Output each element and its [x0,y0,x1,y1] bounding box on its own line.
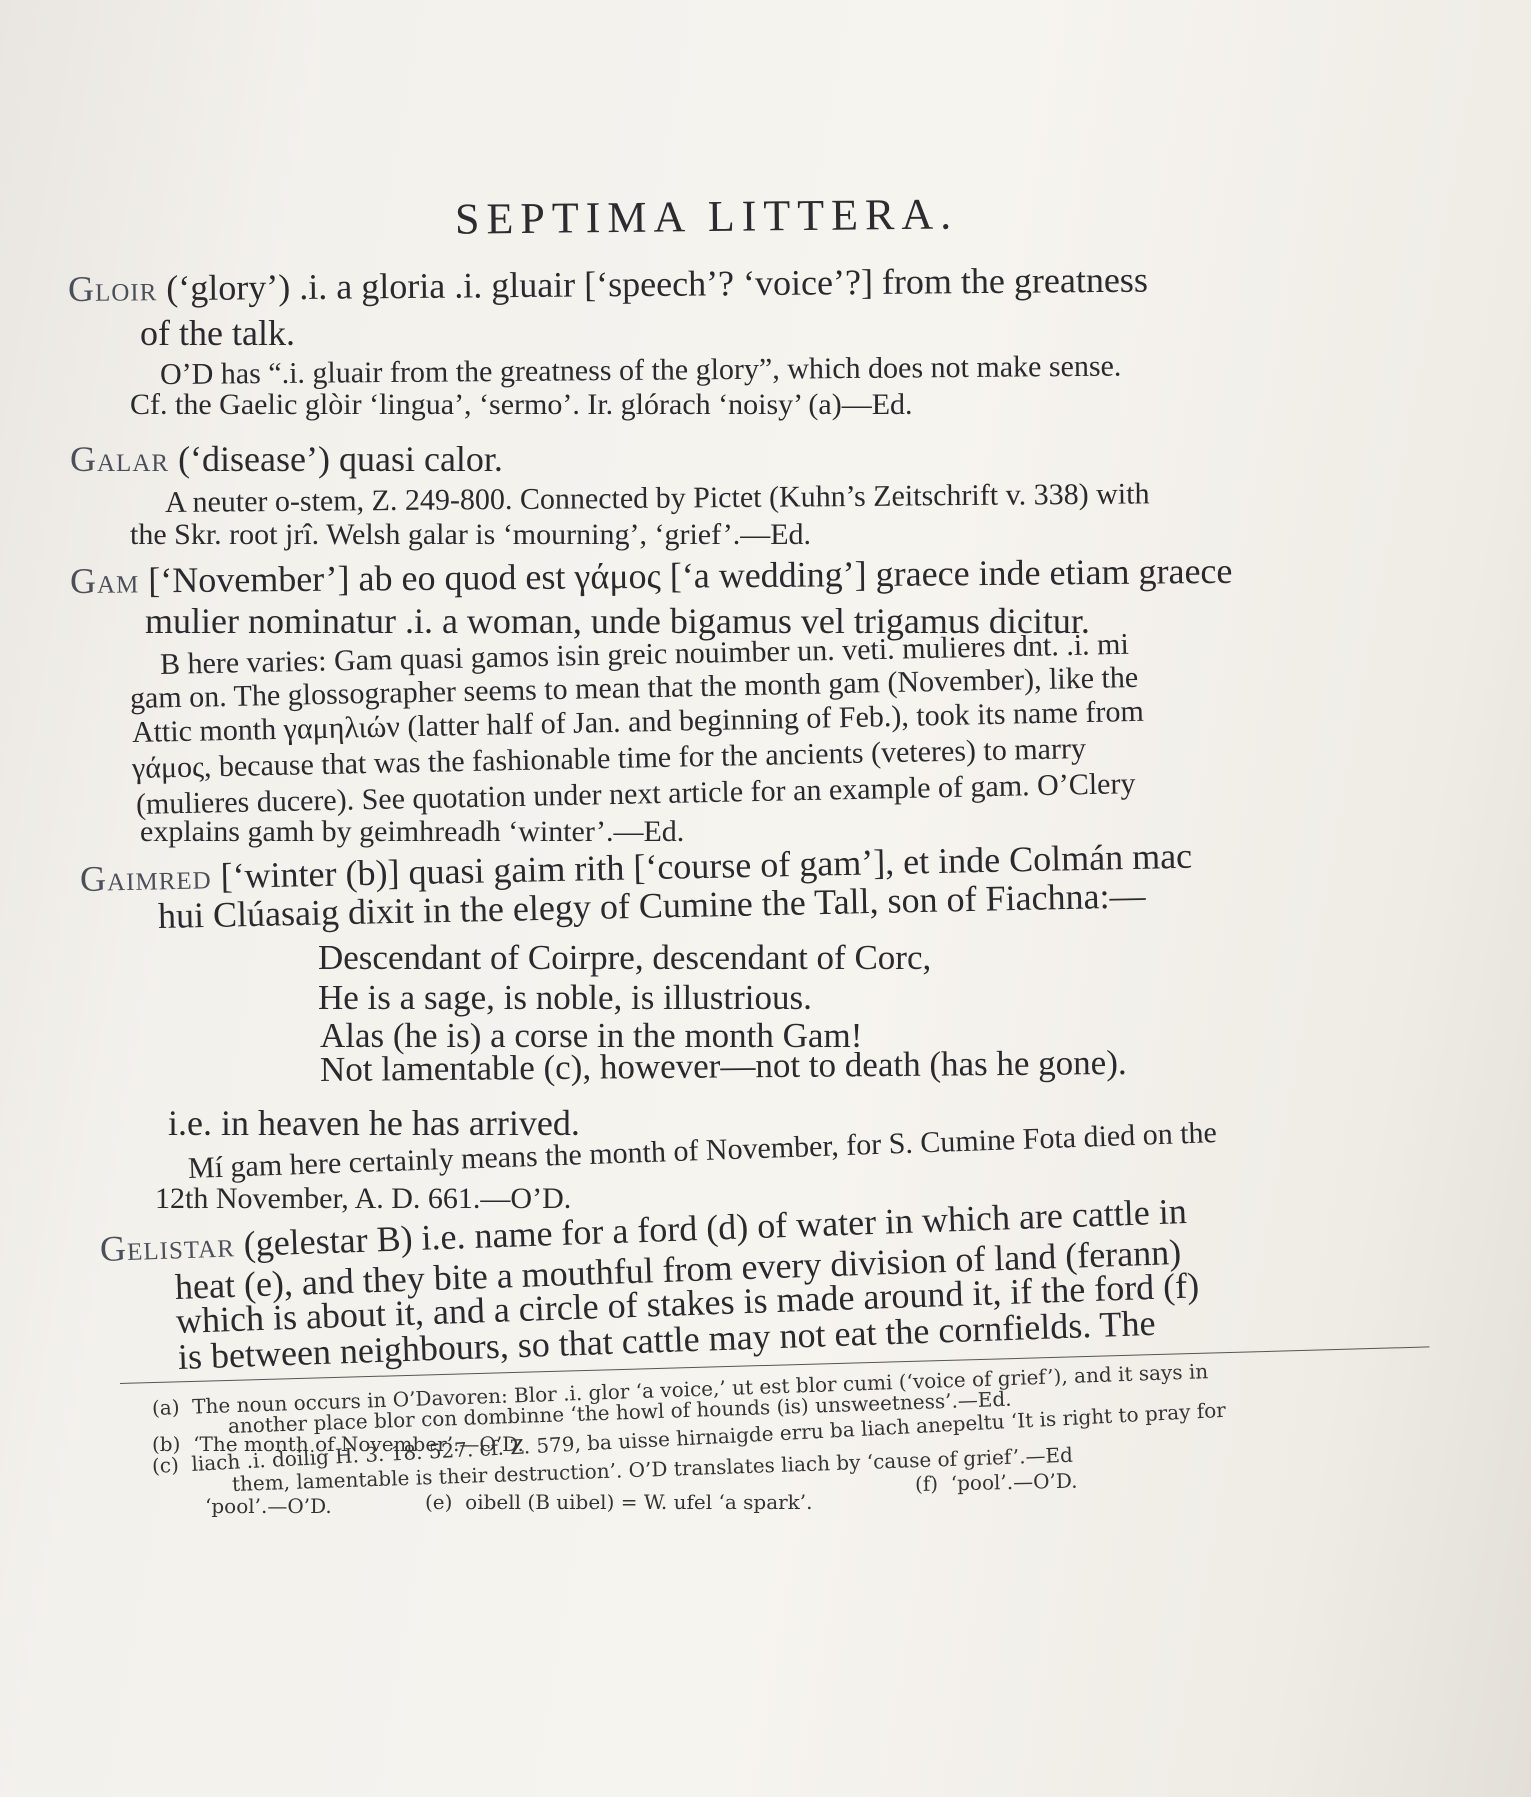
entry-text: (‘disease’) quasi calor. [169,439,503,479]
headword-gelistar: Gelistar [99,1224,235,1269]
after-verse: i.e. in heaven he has arrived. [168,1102,580,1144]
footnote-mark: (f) [915,1472,939,1496]
headword-gloir: Gloir [68,268,158,309]
headword-gam: Gam [70,560,140,601]
footnote-d: ‘pool’.—O’D. [205,1494,332,1518]
note-gloir-line1: O’D has “.i. gluair from the greatness o… [160,350,1122,392]
note-gloir-line2: Cf. the Gaelic glòir ‘lingua’, ‘sermo’. … [130,388,913,422]
note-galar-line2: the Skr. root jrî. Welsh galar is ‘mourn… [130,518,811,552]
verse-line-4: Not lamentable (c), however—not to death… [320,1043,1127,1090]
entry-gloir-line2: of the talk. [140,312,295,354]
entry-text: (‘glory’) .i. a gloria .i. gluair [‘spee… [157,260,1148,309]
footnote-text: ‘pool’.—O’D. [950,1469,1077,1496]
footnote-text: oibell (B uibel) = W. ufel ‘a spark’. [465,1490,812,1514]
footnote-e: (e) oibell (B uibel) = W. ufel ‘a spark’… [425,1490,813,1514]
note-gaimred-line2: 12th November, A. D. 661.—O’D. [155,1182,571,1216]
headword-galar: Galar [70,439,169,479]
entry-galar-line1: Galar (‘disease’) quasi calor. [70,438,503,480]
verse-line-2: He is a sage, is noble, is illustrious. [318,978,812,1018]
entry-gam-line1: Gam [‘November’] ab eo quod est γάμος [‘… [70,550,1233,602]
note-gam-line6: explains gamh by geimhreadh ‘winter’.—Ed… [140,815,684,849]
footnote-f: (f) ‘pool’.—O’D. [915,1469,1078,1496]
verse-line-1: Descendant of Coirpre, descendant of Cor… [318,938,931,978]
footnote-mark: (e) [425,1490,452,1514]
entry-gloir-line1: Gloir (‘glory’) .i. a gloria .i. gluair … [68,259,1148,310]
page-title: SEPTIMA LITTERA. [455,186,1155,244]
note-galar-line1: A neuter o-stem, Z. 249-800. Connected b… [165,477,1150,520]
entry-text: [‘November’] ab eo quod est γάμος [‘a we… [139,551,1232,601]
footnote-mark: (c) [151,1453,179,1478]
footnote-mark: (a) [152,1395,180,1420]
headword-gaimred: Gaimred [80,856,212,899]
book-page: SEPTIMA LITTERA. Gloir (‘glory’) .i. a g… [0,0,1531,1797]
